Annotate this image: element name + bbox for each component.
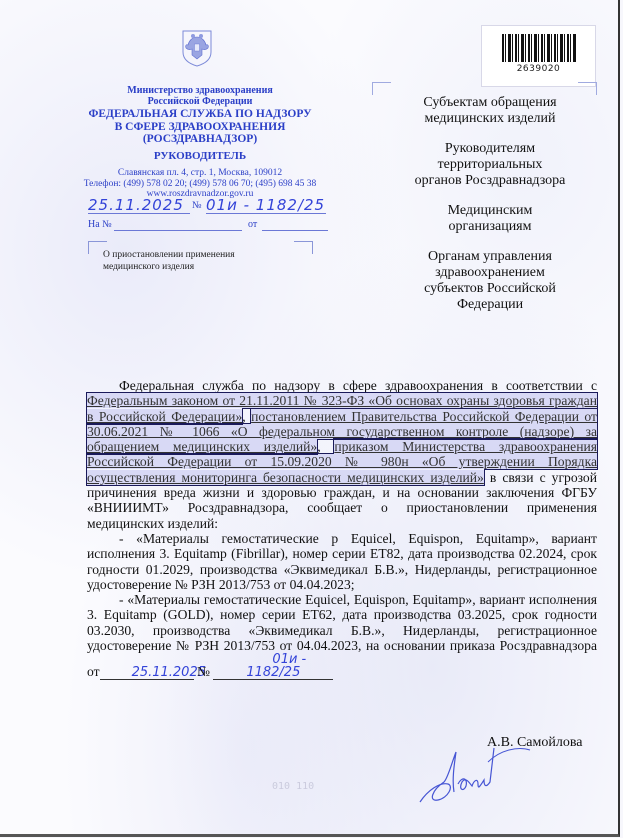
number-label: № [192,200,202,211]
addressee-line: организациям [390,219,590,235]
ministry-name: Министерство здравоохранения Российской … [70,85,330,107]
document-page: Министерство здравоохранения Российской … [0,0,620,837]
addressee-line: органов Росздравнадзора [390,173,590,189]
body-text: , [242,409,251,424]
service-line-2: В СФЕРЕ ЗДРАВООХРАНЕНИЯ [70,121,330,134]
addressee-3: Медицинским организациям [390,203,590,235]
addressee-line: территориальных [390,157,590,173]
ministry-line-1: Министерство здравоохранения [70,85,330,96]
ministry-line-2: Российской Федерации [70,96,330,107]
addressee-line: медицинских изделий [390,111,590,127]
head-title: РУКОВОДИТЕЛЬ [70,150,330,162]
addressee-bracket-top-left [372,82,391,95]
registration-line: 25.11.2025 № 01и - 1182/25 [88,197,328,215]
barcode-icon [502,34,576,62]
service-line-1: ФЕДЕРАЛЬНАЯ СЛУЖБА ПО НАДЗОРУ [70,108,330,121]
signer-name: А.В. Самойлова [487,735,582,751]
addressee-line: Органам управления [390,249,590,265]
reply-number-label: На № [88,219,112,230]
addressee-line: Руководителям [390,141,590,157]
bracket-corner-top-right [294,241,313,254]
addressee-bracket-top-right [578,82,597,95]
addressee-line: Федерации [390,297,590,313]
reply-number-blank [114,230,242,231]
barcode-label: 2639020 [481,25,596,87]
service-name: ФЕДЕРАЛЬНАЯ СЛУЖБА ПО НАДЗОРУ В СФЕРЕ ЗД… [70,108,330,146]
order-date-handwritten: 25.11.2025 [100,666,194,680]
addressee-2: Руководителям территориальных органов Ро… [390,141,590,189]
device-item-1: - «Материалы гемостатические р Equicel, … [87,531,597,592]
reply-from-label: от [248,219,257,230]
order-number-handwritten: 01и - 1182/25 [213,653,333,680]
barcode-number: 2639020 [482,64,595,74]
service-line-3: (РОСЗДРАВНАДЗОР) [70,133,330,146]
letter-body: Федеральная служба по надзору в сфере зд… [87,378,597,680]
device-item-2: - «Материалы гемостатические Equicel, Eq… [87,592,597,680]
reply-reference-line: На № от [88,219,328,233]
registration-date: 25.11.2025 [88,197,190,214]
addressee-line: Медицинским [390,203,590,219]
phones: Телефон: (499) 578 02 20; (499) 578 06 7… [70,179,330,190]
faint-print-through: 010 110 [272,781,314,792]
registration-number: 01и - 1182/25 [206,197,326,214]
contact-block: Славянская пл. 4, стр. 1, Москва, 109012… [70,168,330,200]
addressee-4: Органам управления здравоохранением субъ… [390,249,590,313]
addressee-line: здравоохранением [390,265,590,281]
subject-line-1: О приостановлении применения [103,250,235,262]
reply-date-blank [262,230,328,231]
subject-line: О приостановлении применения медицинског… [103,250,235,273]
addressee-1: Субъектам обращения медицинских изделий [390,95,590,127]
address: Славянская пл. 4, стр. 1, Москва, 109012 [70,168,330,179]
number-label: № [194,664,214,679]
addressee-line: субъектов Российской [390,281,590,297]
body-text: , [317,439,334,454]
subject-line-2: медицинского изделия [103,262,235,274]
coat-of-arms-icon [180,28,214,68]
addressee-line: Субъектам обращения [390,95,590,111]
body-text: Федеральная служба по надзору в сфере зд… [119,378,597,393]
body-paragraph-1: Федеральная служба по надзору в сфере зд… [87,378,597,531]
